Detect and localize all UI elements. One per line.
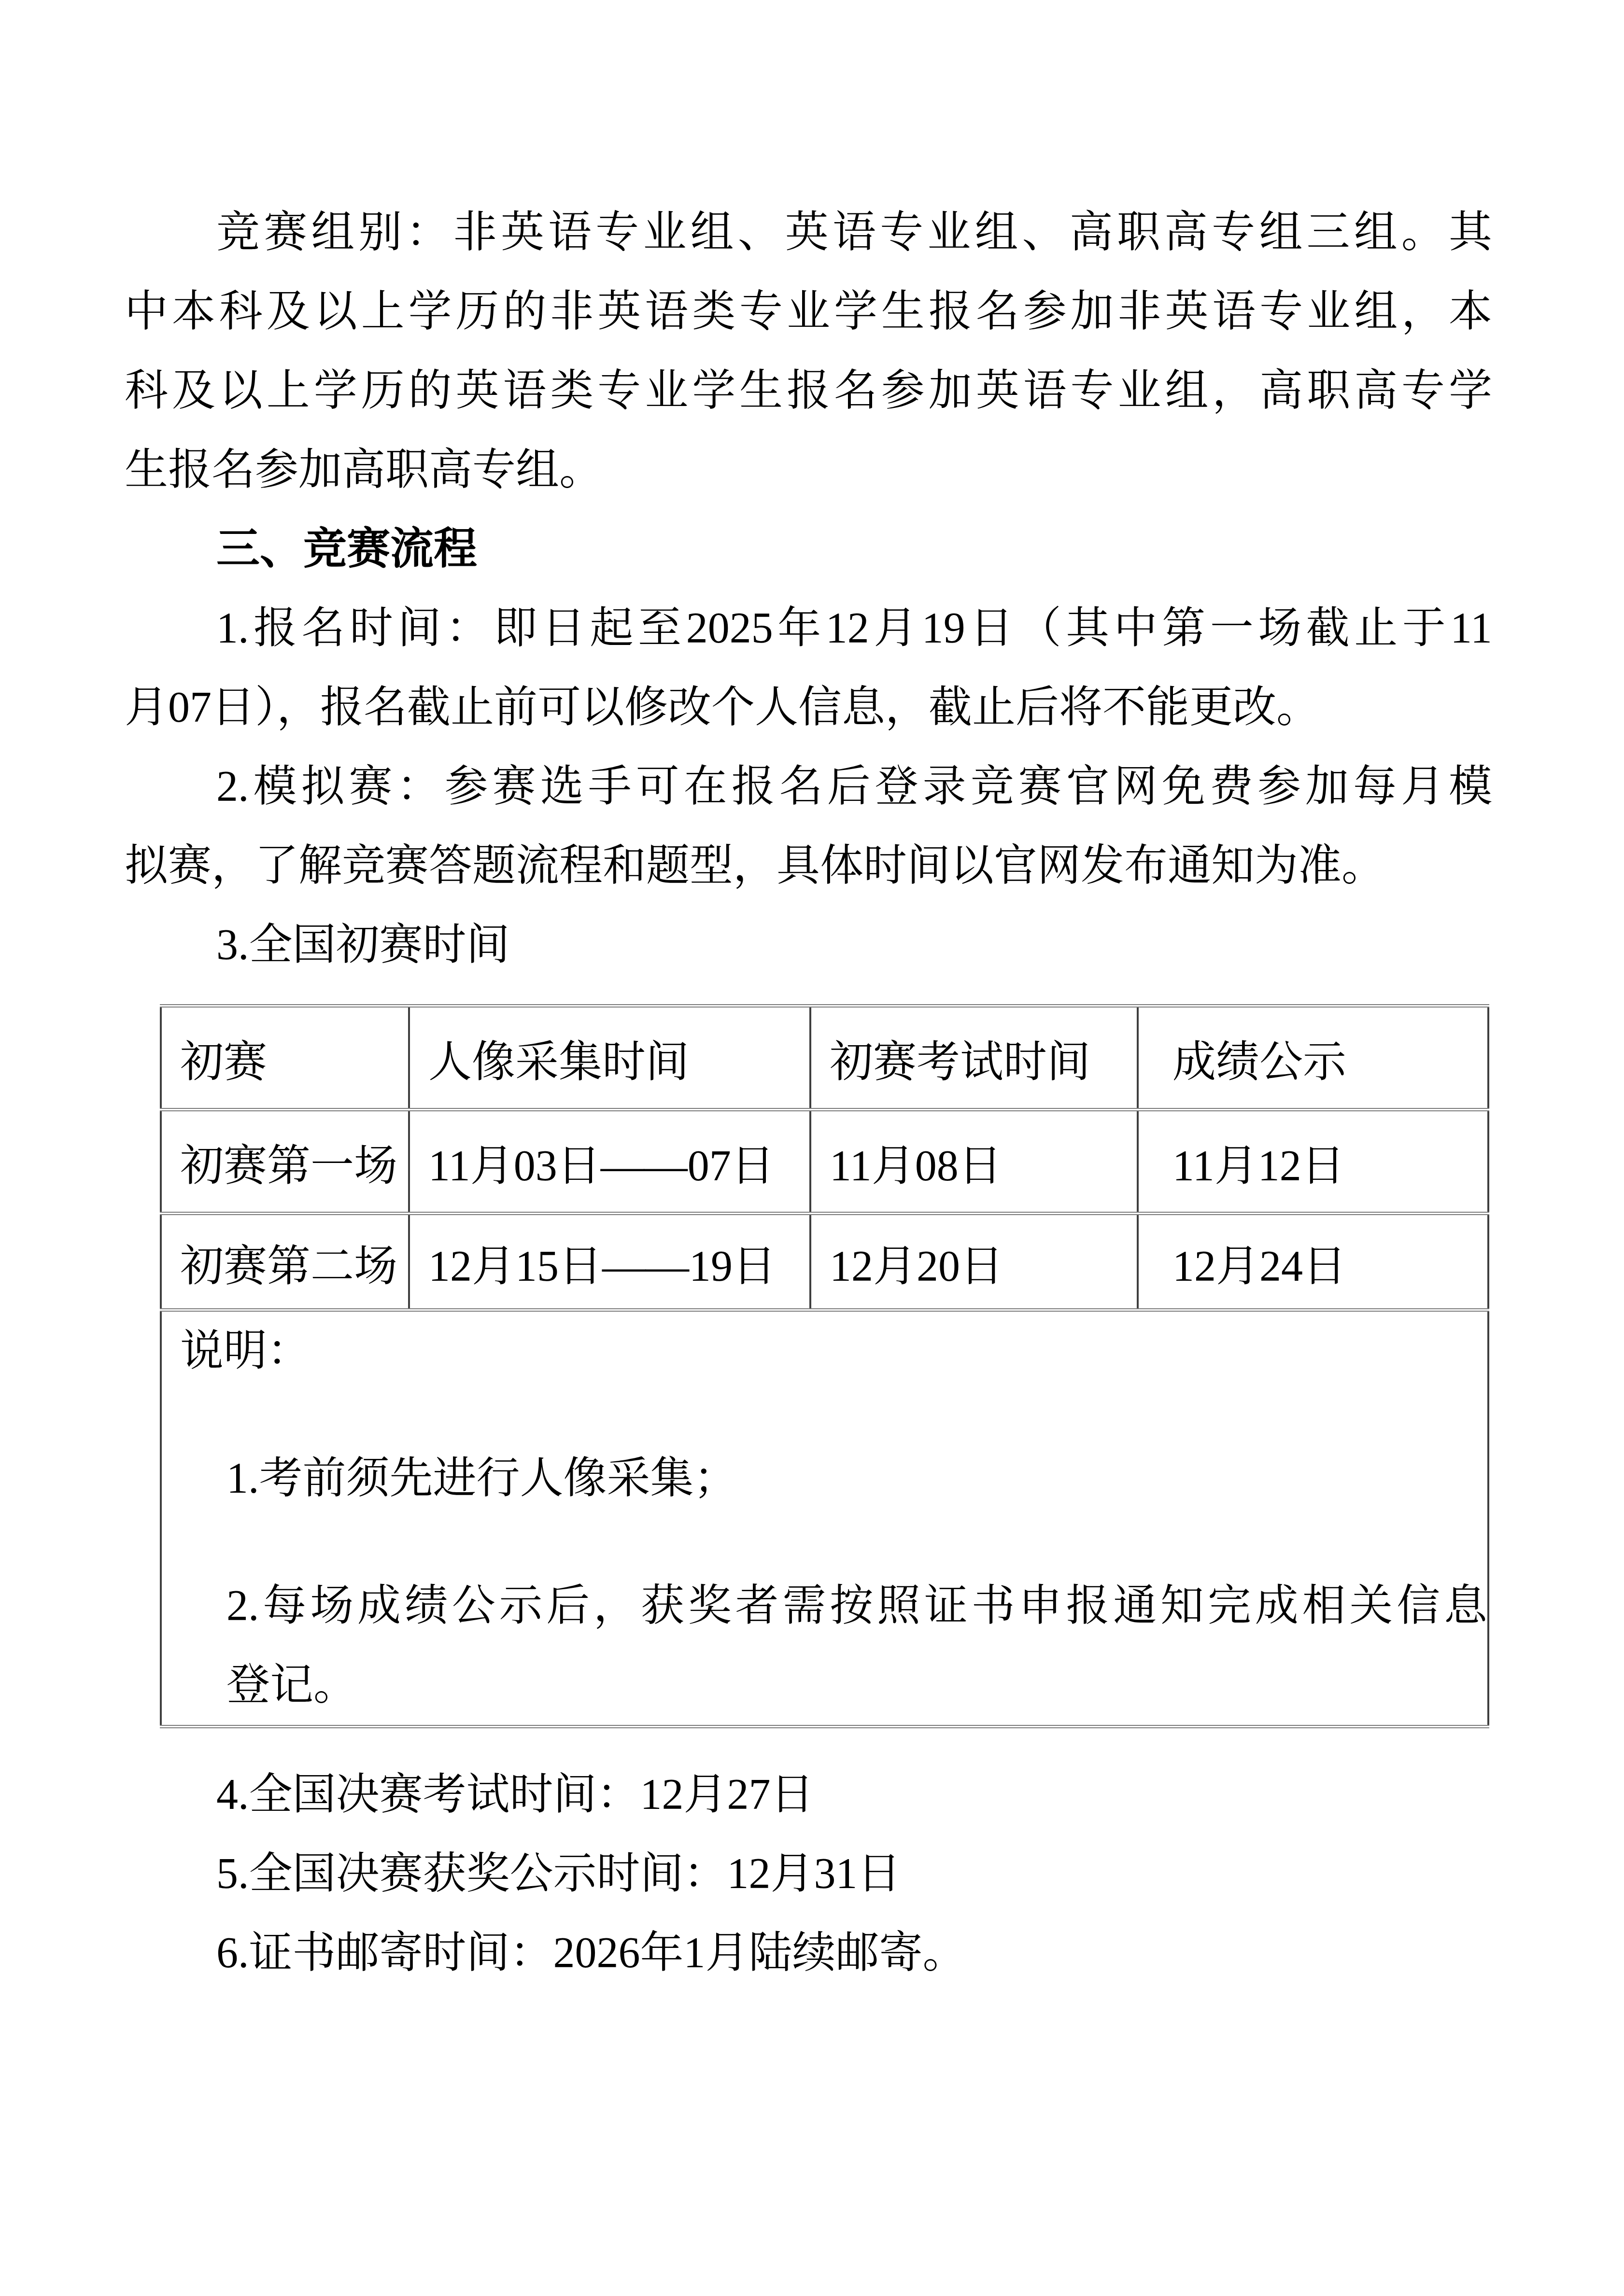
item3-line: 3.全国初赛时间 [125,906,1492,985]
para1-line-4: 生报名参加高职高专组。 [125,431,1492,510]
note2-line-2: 登记。 [226,1646,1487,1725]
table-row: 初赛第一场 11月03日——07日 11月08日 11月12日 [161,1110,1488,1214]
cell-result-publish: 12月24日 [1138,1214,1488,1310]
header-cell-photo-time: 人像采集时间 [409,1006,810,1110]
cell-exam-time: 11月08日 [810,1110,1138,1214]
para1-line-3: 科及以上学历的英语类专业学生报名参加英语专业组，高职高专学 [125,351,1492,431]
header-cell-round: 初赛 [161,1006,409,1110]
item5-line: 5.全国决赛获奖公示时间：12月31日 [125,1834,1492,1914]
item1-line-2: 月07日），报名截止前可以修改个人信息，截止后将不能更改。 [125,668,1492,747]
header-cell-result-publish: 成绩公示 [1138,1006,1488,1110]
section-heading: 三、竞赛流程 [125,510,1492,589]
cell-photo-time: 12月15日——19日 [409,1214,810,1310]
item2-line-2: 拟赛，了解竞赛答题流程和题型，具体时间以官网发布通知为准。 [125,826,1492,906]
cell-round: 初赛第二场 [161,1214,409,1310]
preliminary-schedule-table: 初赛 人像采集时间 初赛考试时间 成绩公示 初赛第一场 11月03日——07日 … [160,1004,1489,1728]
note-1: 1.考前须先进行人像采集； [180,1439,1487,1518]
notes-cell: 说明： 1.考前须先进行人像采集； 2.每场成绩公示后，获奖者需按照证书申报通知… [161,1310,1488,1727]
table-header-row: 初赛 人像采集时间 初赛考试时间 成绩公示 [161,1006,1488,1110]
note-2: 2.每场成绩公示后，获奖者需按照证书申报通知完成相关信息 登记。 [180,1567,1487,1725]
header-cell-exam-time: 初赛考试时间 [810,1006,1138,1110]
item6-line: 6.证书邮寄时间：2026年1月陆续邮寄。 [125,1914,1492,1993]
notes-title: 说明： [180,1312,1487,1391]
cell-exam-time: 12月20日 [810,1214,1138,1310]
para1-line-1: 竞赛组别：非英语专业组、英语专业组、高职高专组三组。其 [125,193,1492,272]
item1-line-1: 1.报名时间：即日起至2025年12月19日（其中第一场截止于11 [125,589,1492,668]
table-notes-row: 说明： 1.考前须先进行人像采集； 2.每场成绩公示后，获奖者需按照证书申报通知… [161,1310,1488,1727]
item2-line-1: 2.模拟赛：参赛选手可在报名后登录竞赛官网免费参加每月模 [125,747,1492,826]
cell-photo-time: 11月03日——07日 [409,1110,810,1214]
cell-round: 初赛第一场 [161,1110,409,1214]
cell-result-publish: 11月12日 [1138,1110,1488,1214]
document-page: 竞赛组别：非英语专业组、英语专业组、高职高专组三组。其 中本科及以上学历的非英语… [0,0,1624,2296]
para1-line-2: 中本科及以上学历的非英语类专业学生报名参加非英语专业组，本 [125,272,1492,351]
note2-line-1: 2.每场成绩公示后，获奖者需按照证书申报通知完成相关信息 [226,1567,1487,1646]
table-row: 初赛第二场 12月15日——19日 12月20日 12月24日 [161,1214,1488,1310]
item4-line: 4.全国决赛考试时间：12月27日 [125,1755,1492,1834]
